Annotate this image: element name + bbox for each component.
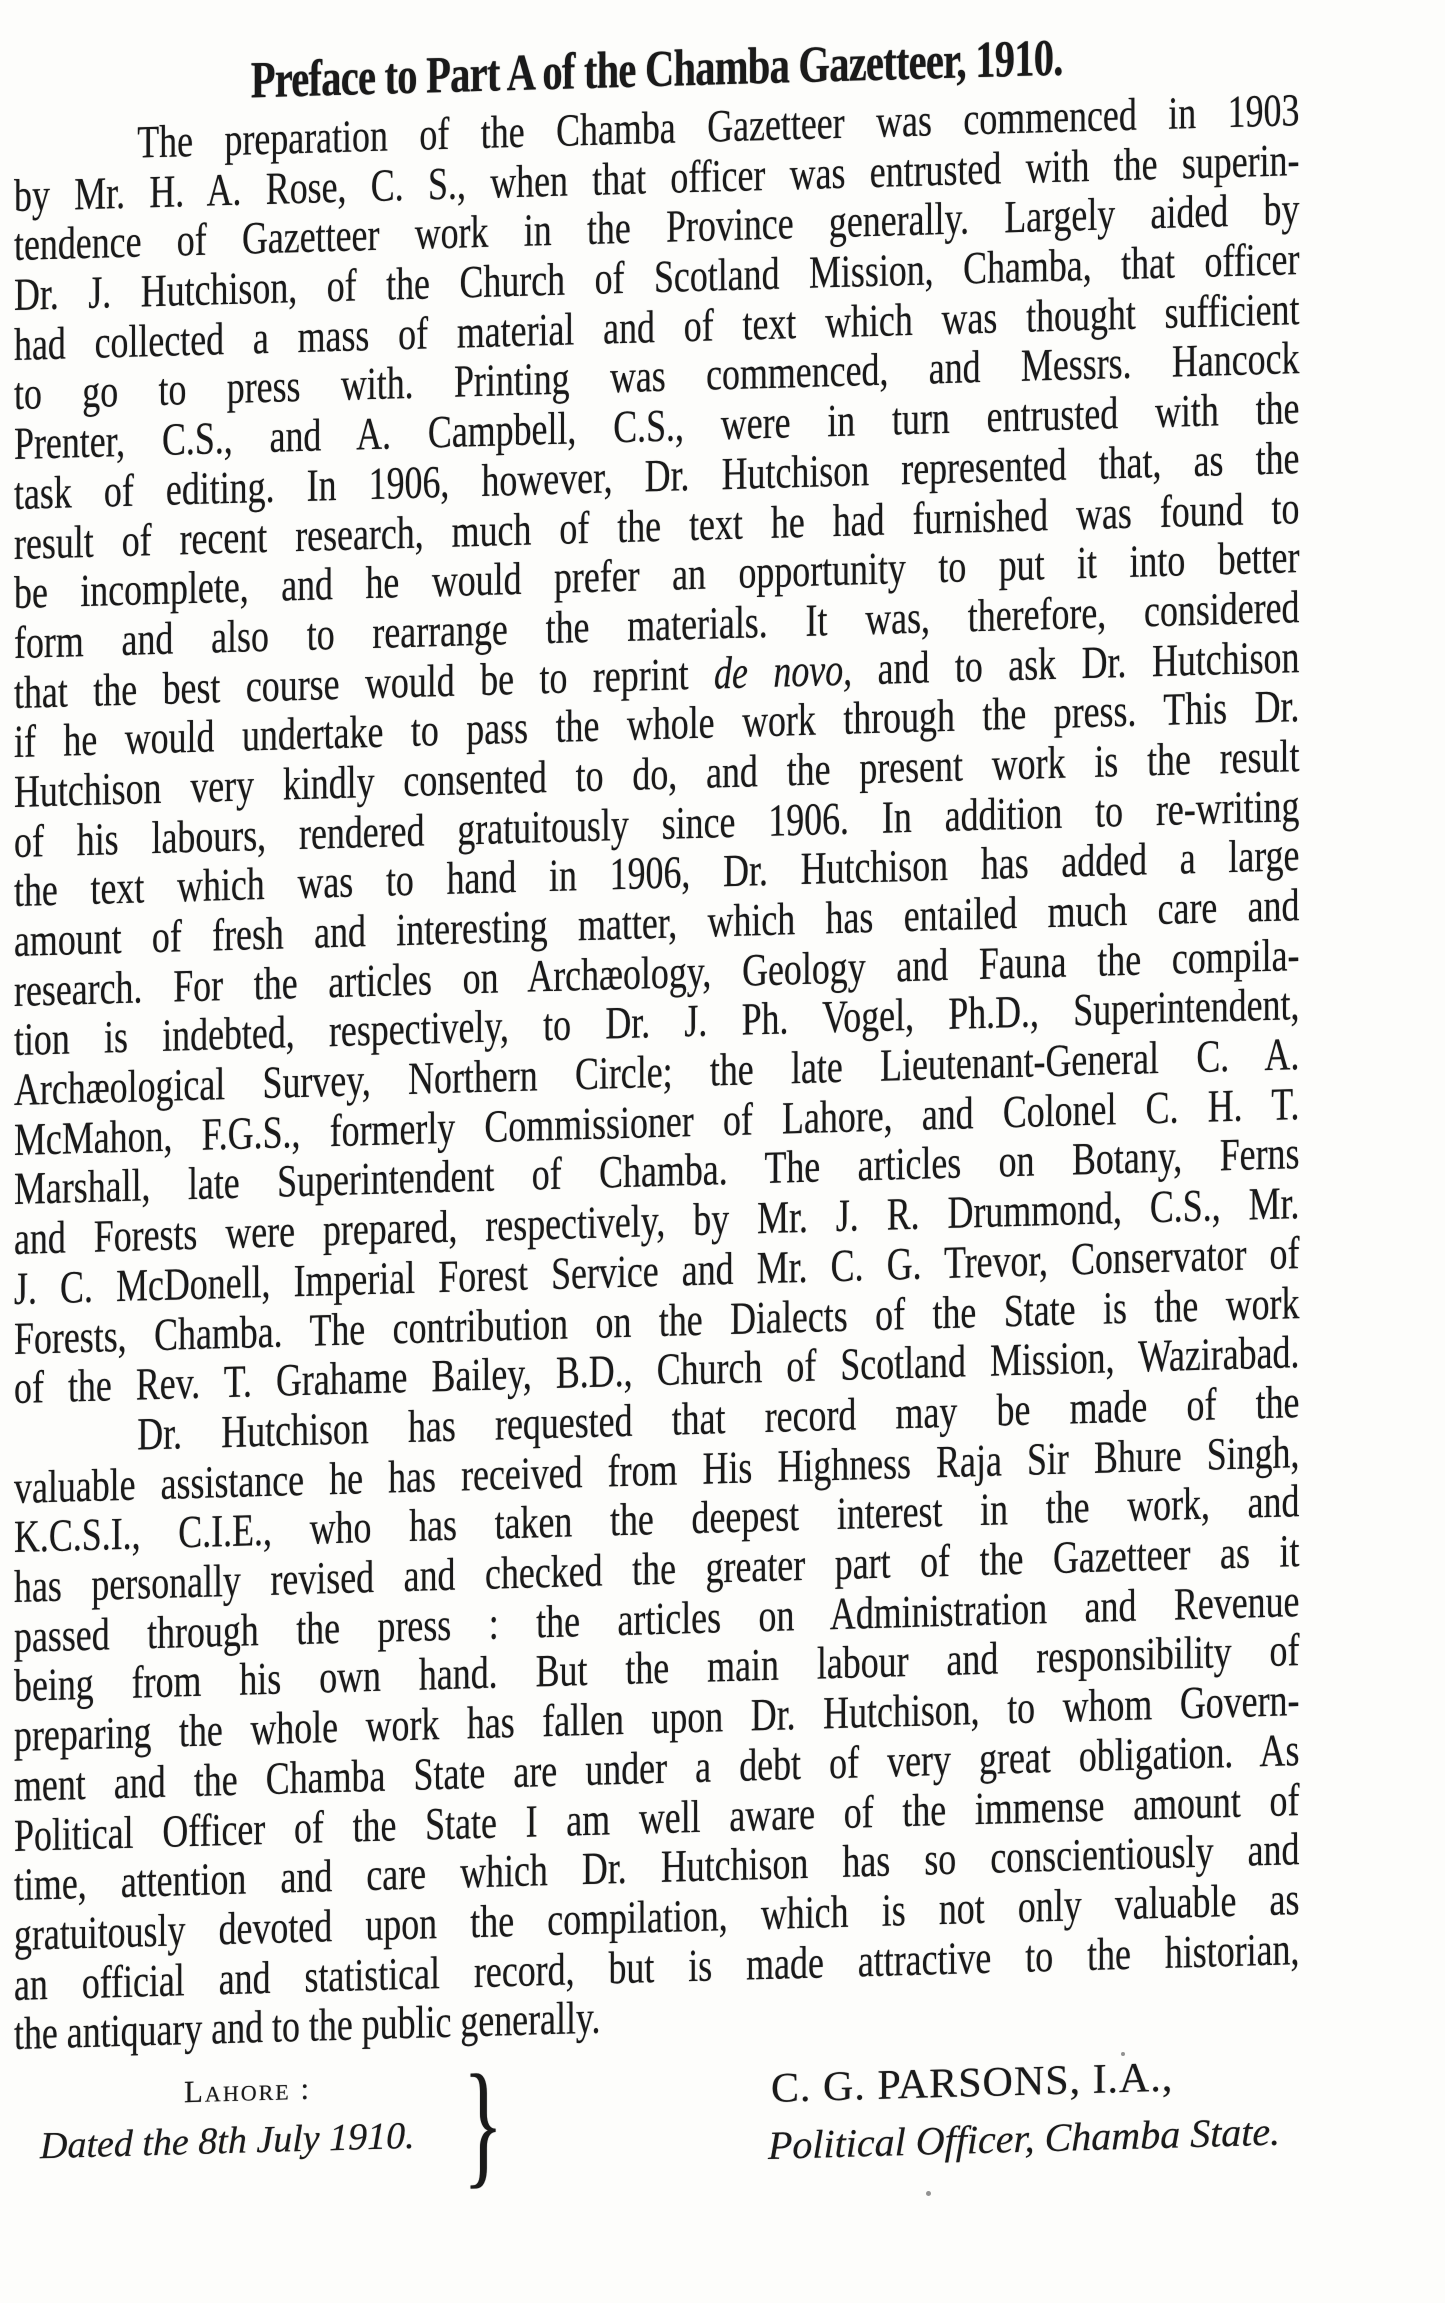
printed-block: Preface to Part A of the Chamba Gazettee… (14, 0, 1299, 2303)
ink-speck (1121, 2052, 1125, 2056)
scanned-page: Preface to Part A of the Chamba Gazettee… (0, 0, 1445, 2303)
preface-paragraph-1: The preparation of the Chamba Gazetteer … (14, 85, 1299, 1413)
footer-place: Lahore : (184, 2071, 311, 2111)
signature-title: Political Officer, Chamba State. (768, 2109, 1280, 2169)
footer-date: Dated the 8th July 1910. (40, 2113, 415, 2169)
curly-brace: } (463, 2072, 503, 2176)
signature-name: C. G. PARSONS, I.A., (771, 2052, 1173, 2115)
preface-paragraph-2: Dr. Hutchison has requested that record … (14, 1377, 1299, 2059)
ink-speck (926, 2191, 931, 2196)
